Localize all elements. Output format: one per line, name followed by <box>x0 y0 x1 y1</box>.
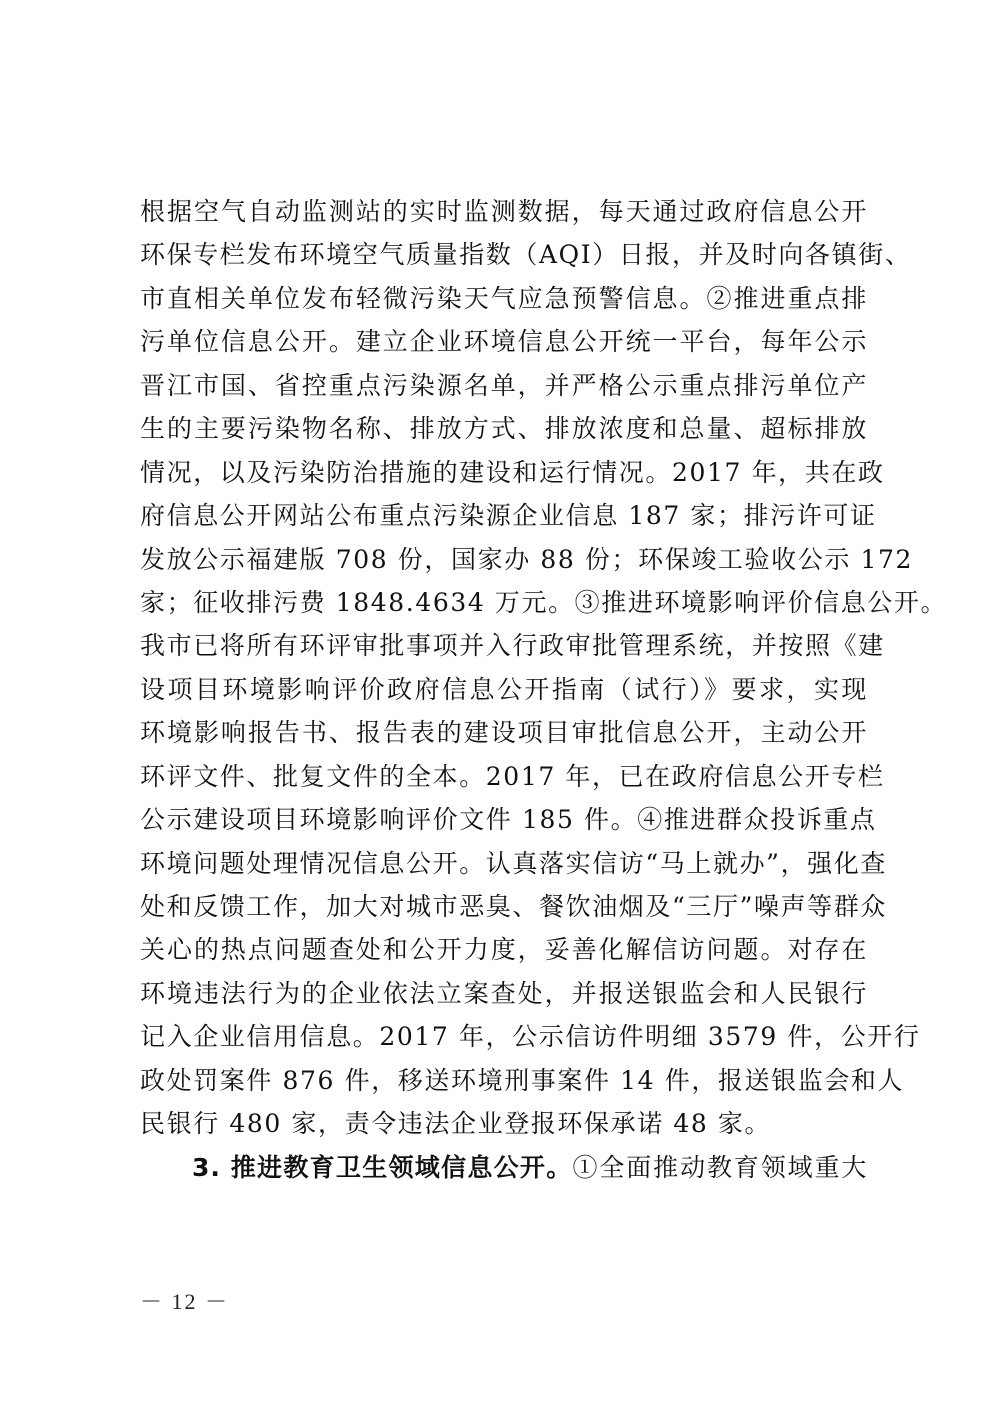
text-line: 污单位信息公开。建立企业环境信息公开统一平台，每年公示 <box>140 320 868 363</box>
text-line: 晋江市国、省控重点污染源名单，并严格公示重点排污单位产 <box>140 364 868 407</box>
text-line: 我市已将所有环评审批事项并入行政审批管理系统，并按照《建 <box>140 624 868 667</box>
text-line: 生的主要污染物名称、排放方式、排放浓度和总量、超标排放 <box>140 407 868 450</box>
text-line: 关心的热点问题查处和公开力度，妥善化解信访问题。对存在 <box>140 928 868 971</box>
section-heading-title: 推进教育卫生领域信息公开。 <box>231 1153 573 1182</box>
text-line: 民银行 480 家，责令违法企业登报环保承诺 48 家。 <box>140 1102 868 1145</box>
text-line: 处和反馈工作，加大对城市恶臭、餐饮油烟及“三厅”噪声等群众 <box>140 885 868 928</box>
text-line: 环境违法行为的企业依法立案查处，并报送银监会和人民银行 <box>140 972 868 1015</box>
document-page: 根据空气自动监测站的实时监测数据，每天通过政府信息公开 环保专栏发布环境空气质量… <box>0 0 1000 1414</box>
section-heading-number: 3. <box>192 1153 221 1182</box>
text-line: 设项目环境影响评价政府信息公开指南（试行）》要求，实现 <box>140 668 868 711</box>
text-line: 环评文件、批复文件的全本。2017 年，已在政府信息公开专栏 <box>140 755 868 798</box>
text-line: 情况，以及污染防治措施的建设和运行情况。2017 年，共在政 <box>140 451 868 494</box>
text-line: 记入企业信用信息。2017 年，公示信访件明细 3579 件，公开行 <box>140 1015 868 1058</box>
text-line: 发放公示福建版 708 份，国家办 88 份；环保竣工验收公示 172 <box>140 538 868 581</box>
section-heading-continuation: ①全面推动教育领域重大 <box>573 1153 869 1182</box>
section-heading-line: 3. 推进教育卫生领域信息公开。①全面推动教育领域重大 <box>140 1146 868 1189</box>
body-text: 根据空气自动监测站的实时监测数据，每天通过政府信息公开 环保专栏发布环境空气质量… <box>140 190 880 1189</box>
text-line: 环境问题处理情况信息公开。认真落实信访“马上就办”，强化查 <box>140 842 868 885</box>
page-number: － 12 － <box>140 1285 229 1316</box>
text-line: 家；征收排污费 1848.4634 万元。③推进环境影响评价信息公开。 <box>140 581 868 624</box>
text-line: 市直相关单位发布轻微污染天气应急预警信息。②推进重点排 <box>140 277 868 320</box>
text-line: 环保专栏发布环境空气质量指数（AQI）日报，并及时向各镇街、 <box>140 233 868 276</box>
text-line: 政处罚案件 876 件，移送环境刑事案件 14 件，报送银监会和人 <box>140 1059 868 1102</box>
text-line: 公示建设项目环境影响评价文件 185 件。④推进群众投诉重点 <box>140 798 868 841</box>
text-line: 府信息公开网站公布重点污染源企业信息 187 家；排污许可证 <box>140 494 868 537</box>
text-line: 环境影响报告书、报告表的建设项目审批信息公开，主动公开 <box>140 711 868 754</box>
text-line: 根据空气自动监测站的实时监测数据，每天通过政府信息公开 <box>140 190 868 233</box>
